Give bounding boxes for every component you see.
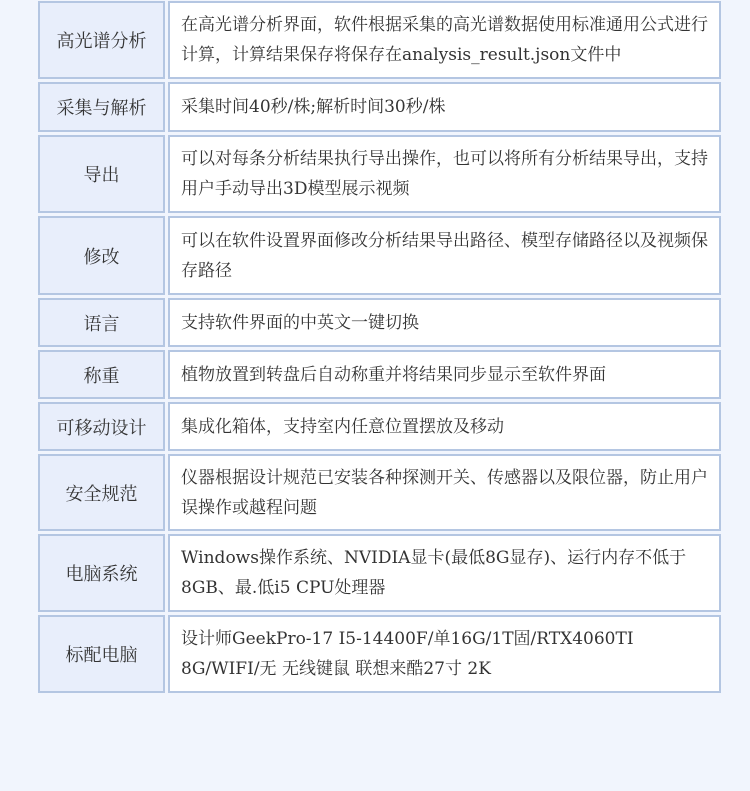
spec-table: 高光谱分析 在高光谱分析界面，软件根据采集的高光谱数据使用标准通用公式进行计算，… xyxy=(38,1,721,696)
row-value: 在高光谱分析界面，软件根据采集的高光谱数据使用标准通用公式进行计算，计算结果保存… xyxy=(168,1,721,79)
table-row: 语言 支持软件界面的中英文一键切换 xyxy=(38,298,721,347)
row-label: 电脑系统 xyxy=(38,534,165,612)
row-value: 采集时间40秒/株;解析时间30秒/株 xyxy=(168,82,721,132)
row-label: 语言 xyxy=(38,298,165,347)
row-value: 支持软件界面的中英文一键切换 xyxy=(168,298,721,347)
row-label: 高光谱分析 xyxy=(38,1,165,79)
table-row: 安全规范 仪器根据设计规范已安装各种探测开关、传感器以及限位器，防止用户误操作或… xyxy=(38,454,721,531)
row-label: 可移动设计 xyxy=(38,402,165,451)
row-value: 植物放置到转盘后自动称重并将结果同步显示至软件界面 xyxy=(168,350,721,399)
table-row: 电脑系统 Windows操作系统、NVIDIA显卡(最低8G显存)、运行内存不低… xyxy=(38,534,721,612)
table-row: 称重 植物放置到转盘后自动称重并将结果同步显示至软件界面 xyxy=(38,350,721,399)
row-value: 可以对每条分析结果执行导出操作，也可以将所有分析结果导出，支持用户手动导出3D模… xyxy=(168,135,721,213)
table-row: 高光谱分析 在高光谱分析界面，软件根据采集的高光谱数据使用标准通用公式进行计算，… xyxy=(38,1,721,79)
row-label: 导出 xyxy=(38,135,165,213)
table-row: 修改 可以在软件设置界面修改分析结果导出路径、模型存储路径以及视频保存路径 xyxy=(38,216,721,295)
row-label: 标配电脑 xyxy=(38,615,165,693)
row-label: 采集与解析 xyxy=(38,82,165,132)
row-label: 称重 xyxy=(38,350,165,399)
table-row: 采集与解析 采集时间40秒/株;解析时间30秒/株 xyxy=(38,82,721,132)
row-value: 可以在软件设置界面修改分析结果导出路径、模型存储路径以及视频保存路径 xyxy=(168,216,721,295)
row-value: 仪器根据设计规范已安装各种探测开关、传感器以及限位器，防止用户误操作或越程问题 xyxy=(168,454,721,531)
row-label: 修改 xyxy=(38,216,165,295)
table-row: 可移动设计 集成化箱体，支持室内任意位置摆放及移动 xyxy=(38,402,721,451)
row-label: 安全规范 xyxy=(38,454,165,531)
row-value: 集成化箱体，支持室内任意位置摆放及移动 xyxy=(168,402,721,451)
row-value: 设计师GeekPro-17 I5-14400F/单16G/1T固/RTX4060… xyxy=(168,615,721,693)
table-row: 标配电脑 设计师GeekPro-17 I5-14400F/单16G/1T固/RT… xyxy=(38,615,721,693)
row-value: Windows操作系统、NVIDIA显卡(最低8G显存)、运行内存不低于8GB、… xyxy=(168,534,721,612)
table-row: 导出 可以对每条分析结果执行导出操作，也可以将所有分析结果导出，支持用户手动导出… xyxy=(38,135,721,213)
